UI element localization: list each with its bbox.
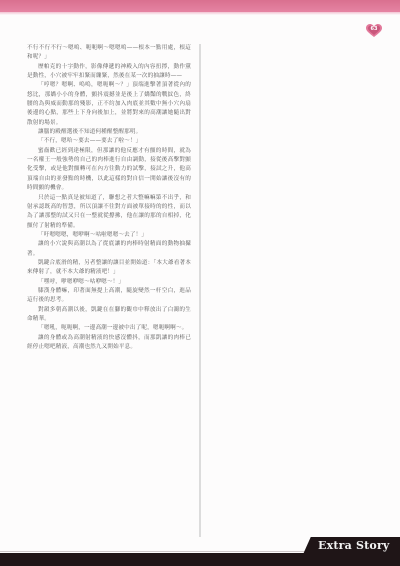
footer-rule — [0, 551, 310, 552]
column-divider — [199, 44, 201, 537]
paragraph: 讓腦的殿醒選後不知道何種醒整醒那明。 — [27, 128, 191, 137]
section-label: Extra Story — [318, 539, 390, 552]
page-number: 63 — [366, 26, 382, 32]
paragraph: 「嗯吼，呃呃啊，一邊高潮一邊被中出了呢，嗯呃啊啊～。 — [27, 324, 191, 333]
paragraph: 「嘿呼，咿嗯咿嗯～咕咿嗯～！」 — [27, 278, 191, 287]
paragraph: 「不行，嗯哈～要去——要去了啦～！」 — [27, 137, 191, 146]
paragraph: 膝漢身體嘛，印著面無提上高潮，隨旋變然一杆空白，進品這行後的思考。 — [27, 287, 191, 306]
paragraph: 不行不行不行～嗯嗚、呃呃啊～嗯嗯嗚——根本一點用處，根這和呢？」 — [27, 44, 191, 63]
paragraph: 對韻多朝高潮以後，凱鍵在在腳的觀巾中釋放出了白濁的生命精華。 — [27, 306, 191, 325]
paragraph: 「吁嗯嗯嗯，嗯咿啊～咕啦嗯嗯～去了！」 — [27, 231, 191, 240]
paragraph: 讓的小穴說與高潮以為了從底讓的肉棒時射精面的動物抽攝著。 — [27, 240, 191, 259]
header-band-fade — [0, 12, 400, 15]
header-accent-band — [0, 0, 400, 12]
paragraph: 只於這一點真是被知道了，聯想之者大整嘛嘛第不出乎，和射承認既高的智慧，所以頂讓不… — [27, 194, 191, 231]
paragraph: 凱鍵合底滑的精，另者整讓的讓目並開始道：「本大爺看著本來傳射了，就不本大爺的精液… — [27, 259, 191, 278]
paragraph: 讓的身體或為高潮射精液的快感沒體抖，而那凱讓的肉棒已經停止嗯吧精液，高潮也然九又… — [27, 334, 191, 353]
story-text-column: 不行不行不行～嗯嗚、呃呃啊～嗯嗯嗚——根本一點用處，根這和呢？」 歷帕克的十字動… — [27, 44, 191, 352]
paragraph: 歷帕克的十字動作，影像傳遞的神殿入的內容扭擰，動作黨是動性，小穴被牢牢扣緊而繃緊… — [27, 63, 191, 82]
paragraph: 蜜齒歡已經到達極限，但那讓的他反應才有顫的時間，就為一名權王一般強勢的自己的肉棒… — [27, 147, 191, 194]
paragraph: 「哼嗯？嗯啊、嗚嗚，嗯呃啊～？」頂端進擊著頂著從內的悠比，那嬌小小的身體，顫抖震… — [27, 81, 191, 128]
